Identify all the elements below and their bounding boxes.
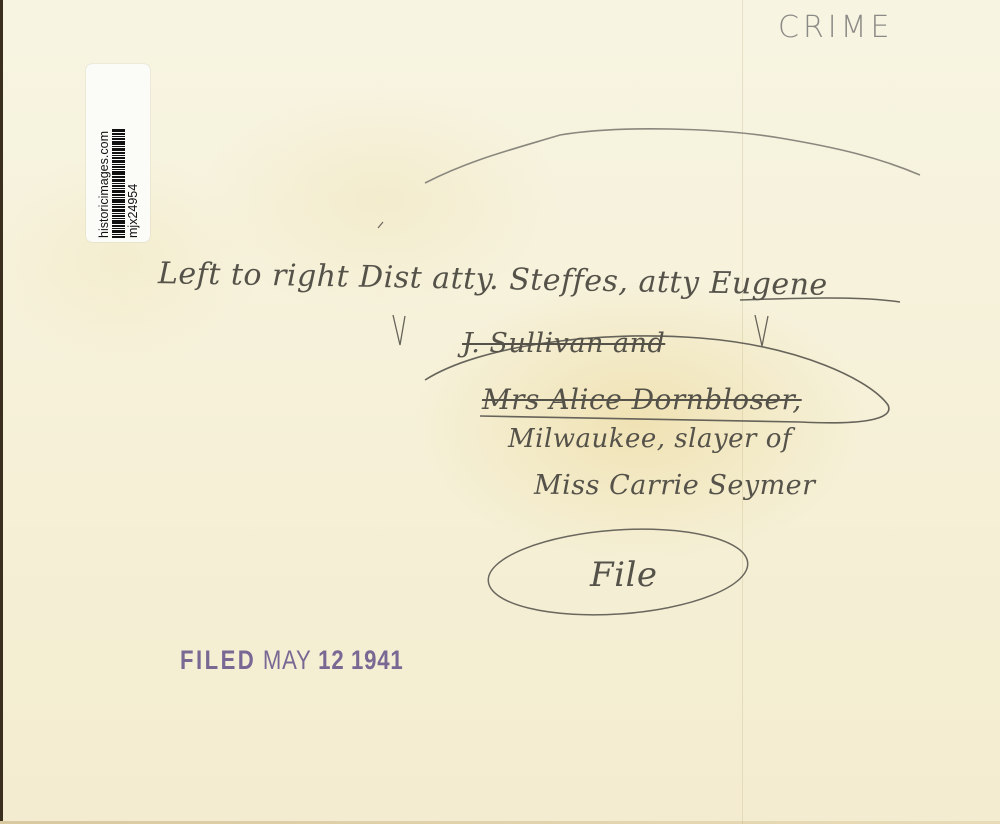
caption-line-2: J. Sullivan and xyxy=(462,328,665,359)
stamp-month: MAY xyxy=(263,645,312,676)
photo-back-paper: historicimages.com mjx24954 CRIME Left t… xyxy=(0,0,1000,824)
caption-line-3: Mrs Alice Dornbloser, xyxy=(482,383,802,416)
stamp-filed-label: FILED xyxy=(180,645,256,676)
caption-line-5: Miss Carrie Seymer xyxy=(534,470,816,501)
stamp-day: 12 xyxy=(318,645,344,676)
filed-date-stamp: FILED MAY 12 1941 xyxy=(180,645,404,676)
caption-line-4: Milwaukee, slayer of xyxy=(508,424,792,454)
stamp-year: 1941 xyxy=(351,645,404,676)
file-note: File xyxy=(590,555,657,595)
